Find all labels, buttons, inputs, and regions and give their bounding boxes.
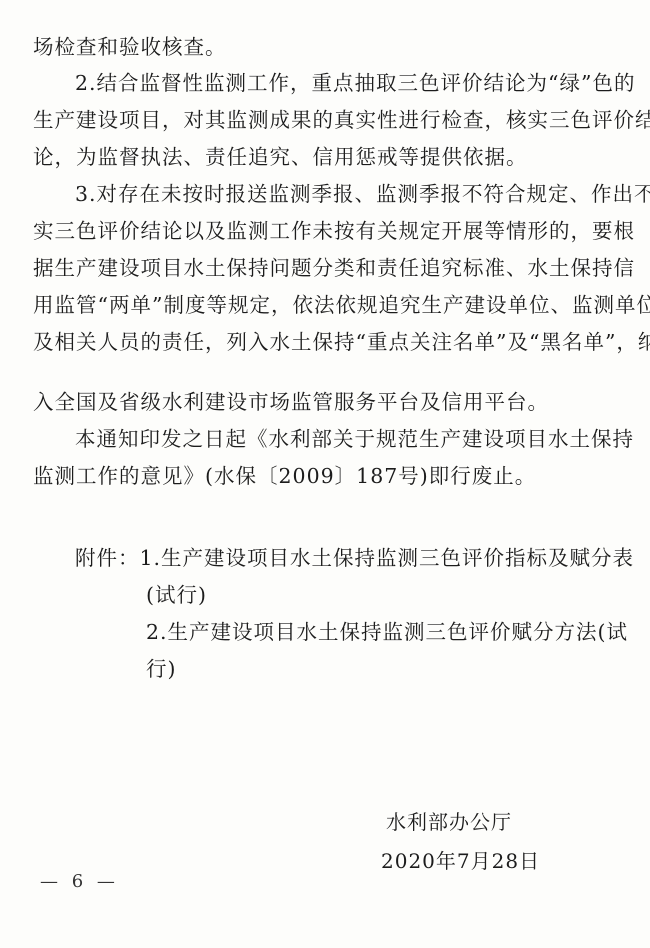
item-2-line-2: 生产建设项目，对其监测成果的真实性进行检查，核实三色评价结 xyxy=(33,107,617,133)
issue-date: 2020年7月28日 xyxy=(381,848,540,874)
page-number: — 6 — xyxy=(40,870,119,894)
repeal-line-2: 监测工作的意见》(水保〔2009〕187号)即行废止。 xyxy=(33,463,617,489)
attachment-1: 附件：1.生产建设项目水土保持监测三色评价指标及赋分表 xyxy=(75,545,617,571)
item-3-line-1: 3.对存在未按时报送监测季报、监测季报不符合规定、作出不 xyxy=(75,181,617,207)
paragraph-1-tail: 场检查和验收核查。 xyxy=(33,34,617,60)
attachment-2-cont: 行) xyxy=(146,656,617,682)
item-3-line-5: 及相关人员的责任，列入水土保持“重点关注名单”及“黑名单”，纳 xyxy=(33,329,617,355)
issuer-name: 水利部办公厅 xyxy=(386,809,512,835)
item-3-line-3: 据生产建设项目水土保持问题分类和责任追究标准、水土保持信 xyxy=(33,255,617,281)
repeal-line-1: 本通知印发之日起《水利部关于规范生产建设项目水土保持 xyxy=(75,426,617,452)
item-2-line-1: 2.结合监督性监测工作，重点抽取三色评价结论为“绿”色的 xyxy=(75,70,617,96)
item-3-line-4: 用监管“两单”制度等规定，依法依规追究生产建设单位、监测单位 xyxy=(33,292,617,318)
item-3-line-2: 实三色评价结论以及监测工作未按有关规定开展等情形的，要根 xyxy=(33,218,617,244)
document-page: 场检查和验收核查。 2.结合监督性监测工作，重点抽取三色评价结论为“绿”色的 生… xyxy=(0,0,650,948)
attachment-2: 2.生产建设项目水土保持监测三色评价赋分方法(试 xyxy=(146,619,617,645)
item-3-line-6: 入全国及省级水利建设市场监管服务平台及信用平台。 xyxy=(33,389,617,415)
item-2-line-3: 论，为监督执法、责任追究、信用惩戒等提供依据。 xyxy=(33,144,617,170)
attachment-1-cont: (试行) xyxy=(146,582,617,608)
